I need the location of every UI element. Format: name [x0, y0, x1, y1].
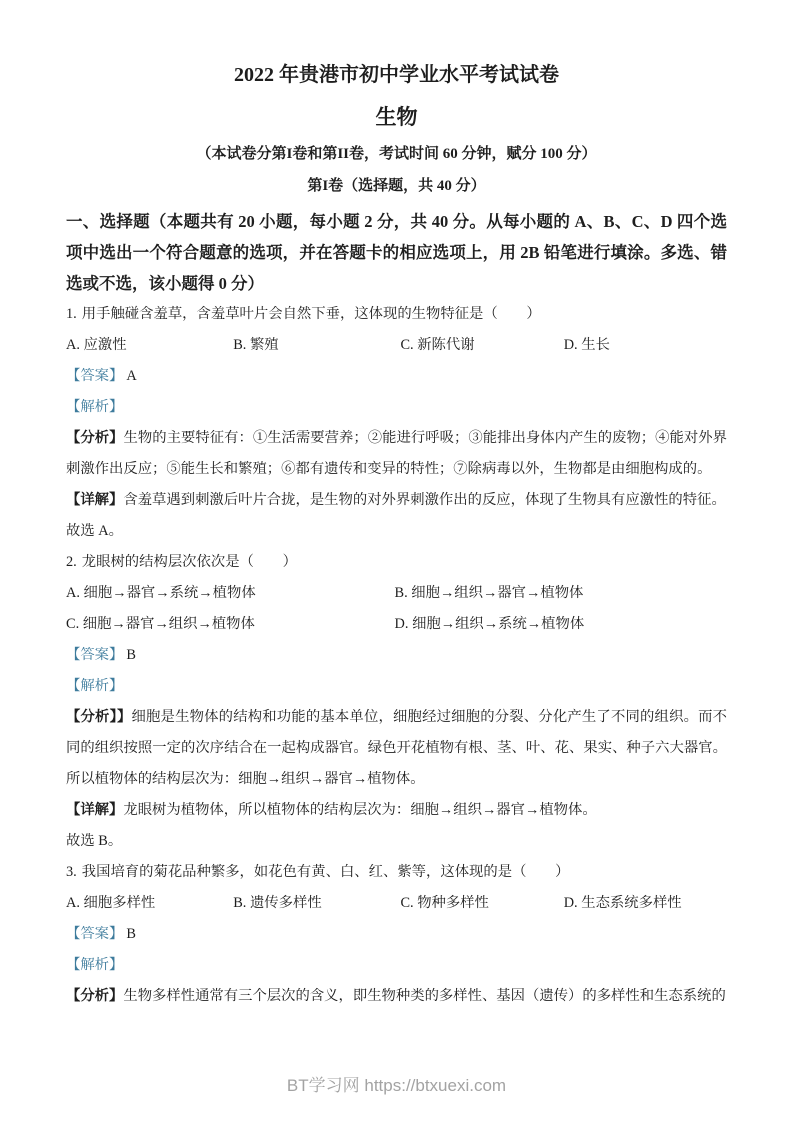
conclusion-line: 故选 A。 — [66, 516, 727, 547]
option-text: 生态系统多样性 — [581, 895, 681, 911]
option-label: A. — [66, 337, 80, 353]
conclusion-line: 故选 B。 — [66, 826, 727, 857]
option-label: B. — [395, 585, 408, 601]
answer-value: A — [126, 368, 136, 384]
detail-text: 含羞草遇到刺激后叶片合拢，是生物的对外界刺激作出的反应，体现了生物具有应激性的特… — [123, 492, 725, 508]
question-block: 1.用手触碰含羞草，含羞草叶片会自然下垂，这体现的生物特征是（ ） A. 应激性… — [66, 299, 727, 547]
part-heading: 第I卷（选择题，共 40 分） — [66, 171, 727, 202]
subject-heading: 生物 — [66, 102, 727, 133]
question-number: 1. — [66, 306, 77, 322]
option-label: C. — [400, 337, 413, 353]
questions-list: 1.用手触碰含羞草，含羞草叶片会自然下垂，这体现的生物特征是（ ） A. 应激性… — [66, 299, 727, 1012]
answer-line: 【答案】B — [66, 640, 727, 671]
option-d: D. 细胞→组织→系统→植物体 — [395, 609, 727, 640]
question-number: 2. — [66, 554, 77, 570]
footer-site-name: BT学习网 — [287, 1076, 360, 1095]
detail-label: 【详解】 — [66, 802, 123, 818]
option-label: A. — [66, 585, 80, 601]
answer-label: 【答案】 — [66, 368, 123, 384]
analysis-label: 【分析】 — [66, 988, 123, 1004]
analysis-paragraph: 【分析】生物多样性通常有三个层次的含义，即生物种类的多样性、基因（遗传）的多样性… — [66, 981, 727, 1012]
answer-label: 【答案】 — [66, 647, 123, 663]
explain-label: 【解析】 — [66, 678, 123, 694]
option-text: 细胞多样性 — [84, 895, 156, 911]
options-grid: A. 细胞多样性B. 遗传多样性C. 物种多样性D. 生态系统多样性 — [66, 888, 727, 919]
explain-line: 【解析】 — [66, 392, 727, 423]
explain-label: 【解析】 — [66, 957, 123, 973]
option-b: B. 细胞→组织→器官→植物体 — [395, 578, 727, 609]
option-text: 繁殖 — [250, 337, 279, 353]
option-text: 细胞→器官→系统→植物体 — [84, 585, 256, 601]
option-a: A. 细胞→器官→系统→植物体 — [66, 578, 395, 609]
option-label: B. — [233, 895, 246, 911]
analysis-text: 生物的主要特征有：①生活需要营养；②能进行呼吸；③能排出身体内产生的废物；④能对… — [66, 430, 727, 477]
detail-text: 龙眼树为植物体，所以植物体的结构层次为：细胞→组织→器官→植物体。 — [123, 802, 596, 818]
options-grid: A. 应激性B. 繁殖C. 新陈代谢D. 生长 — [66, 330, 727, 361]
option-text: 新陈代谢 — [417, 337, 474, 353]
question-block: 3.我国培育的菊花品种繁多，如花色有黄、白、红、紫等，这体现的是（ ） A. 细… — [66, 857, 727, 1012]
question-stem-text: 我国培育的菊花品种繁多，如花色有黄、白、红、紫等，这体现的是（ ） — [82, 864, 570, 880]
question-block: 2.龙眼树的结构层次依次是（ ） A. 细胞→器官→系统→植物体B. 细胞→组织… — [66, 547, 727, 857]
explain-line: 【解析】 — [66, 671, 727, 702]
option-c: C. 物种多样性 — [400, 888, 563, 919]
answer-label: 【答案】 — [66, 926, 123, 942]
question-stem-text: 用手触碰含羞草，含羞草叶片会自然下垂，这体现的生物特征是（ ） — [82, 306, 541, 322]
option-c: C. 新陈代谢 — [400, 330, 563, 361]
analysis-text: 细胞是生物体的结构和功能的基本单位，细胞经过细胞的分裂、分化产生了不同的组织。而… — [66, 709, 727, 787]
analysis-paragraph: 【分析】生物的主要特征有：①生活需要营养；②能进行呼吸；③能排出身体内产生的废物… — [66, 423, 727, 485]
option-label: C. — [400, 895, 413, 911]
option-d: D. 生态系统多样性 — [564, 888, 727, 919]
explain-label: 【解析】 — [66, 399, 123, 415]
option-text: 生长 — [581, 337, 610, 353]
question-stem: 1.用手触碰含羞草，含羞草叶片会自然下垂，这体现的生物特征是（ ） — [66, 299, 727, 330]
detail-paragraph: 【详解】含羞草遇到刺激后叶片合拢，是生物的对外界刺激作出的反应，体现了生物具有应… — [66, 485, 727, 516]
page-title: 2022 年贵港市初中学业水平考试试卷 — [66, 60, 727, 91]
question-number: 3. — [66, 864, 77, 880]
option-a: A. 应激性 — [66, 330, 233, 361]
analysis-text: 生物多样性通常有三个层次的含义，即生物种类的多样性、基因（遗传）的多样性和生态系… — [123, 988, 725, 1004]
footer-site-url[interactable]: https://btxuexi.com — [364, 1076, 506, 1095]
option-text: 遗传多样性 — [250, 895, 322, 911]
option-b: B. 繁殖 — [233, 330, 400, 361]
option-b: B. 遗传多样性 — [233, 888, 400, 919]
option-text: 细胞→器官→组织→植物体 — [83, 616, 255, 632]
option-label: D. — [564, 337, 578, 353]
footer-watermark: BT学习网 https://btxuexi.com — [0, 1071, 793, 1096]
option-text: 物种多样性 — [417, 895, 489, 911]
option-label: C. — [66, 616, 79, 632]
option-label: B. — [233, 337, 246, 353]
detail-label: 【详解】 — [66, 492, 123, 508]
option-label: D. — [395, 616, 409, 632]
option-text: 应激性 — [84, 337, 127, 353]
options-grid: A. 细胞→器官→系统→植物体B. 细胞→组织→器官→植物体C. 细胞→器官→组… — [66, 578, 727, 640]
option-a: A. 细胞多样性 — [66, 888, 233, 919]
analysis-label: 【分析】】 — [66, 709, 131, 725]
explain-line: 【解析】 — [66, 950, 727, 981]
answer-line: 【答案】A — [66, 361, 727, 392]
answer-value: B — [126, 926, 136, 942]
paper-info-line: （本试卷分第I卷和第II卷，考试时间 60 分钟，赋分 100 分） — [66, 139, 727, 170]
answer-line: 【答案】B — [66, 919, 727, 950]
option-d: D. 生长 — [564, 330, 727, 361]
detail-paragraph: 【详解】龙眼树为植物体，所以植物体的结构层次为：细胞→组织→器官→植物体。 — [66, 795, 727, 826]
question-stem: 3.我国培育的菊花品种繁多，如花色有黄、白、红、紫等，这体现的是（ ） — [66, 857, 727, 888]
answer-value: B — [126, 647, 136, 663]
option-label: A. — [66, 895, 80, 911]
option-c: C. 细胞→器官→组织→植物体 — [66, 609, 395, 640]
analysis-paragraph: 【分析】】细胞是生物体的结构和功能的基本单位，细胞经过细胞的分裂、分化产生了不同… — [66, 702, 727, 795]
exam-paper-page: 2022 年贵港市初中学业水平考试试卷 生物 （本试卷分第I卷和第II卷，考试时… — [0, 0, 793, 1122]
analysis-label: 【分析】 — [66, 430, 123, 446]
question-stem-text: 龙眼树的结构层次依次是（ ） — [82, 554, 297, 570]
option-text: 细胞→组织→系统→植物体 — [412, 616, 584, 632]
option-text: 细胞→组织→器官→植物体 — [411, 585, 583, 601]
question-stem: 2.龙眼树的结构层次依次是（ ） — [66, 547, 727, 578]
option-label: D. — [564, 895, 578, 911]
page-content: 2022 年贵港市初中学业水平考试试卷 生物 （本试卷分第I卷和第II卷，考试时… — [66, 0, 727, 1012]
section-intro: 一、选择题（本题共有 20 小题，每小题 2 分，共 40 分。从每小题的 A、… — [66, 206, 727, 299]
